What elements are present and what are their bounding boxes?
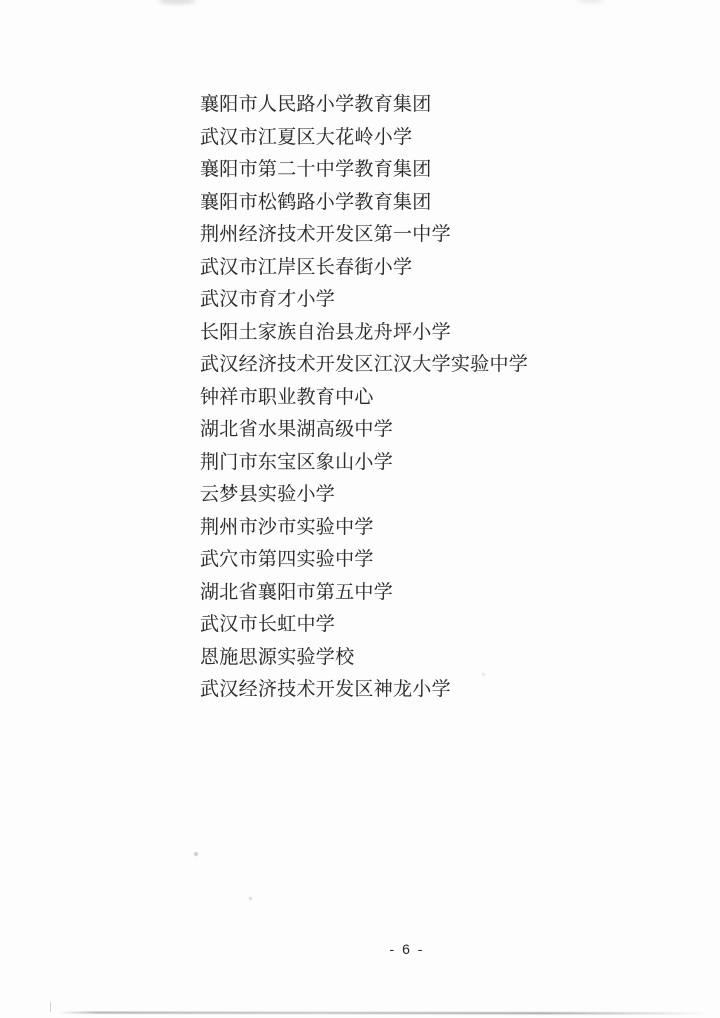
school-list: 襄阳市人民路小学教育集团 武汉市江夏区大花岭小学 襄阳市第二十中学教育集团 襄阳… bbox=[200, 89, 528, 707]
school-name: 恩施思源实验学校 bbox=[200, 642, 528, 675]
school-name: 钟祥市职业教育中心 bbox=[200, 382, 528, 415]
school-name: 武穴市第四实验中学 bbox=[200, 544, 528, 577]
school-name: 武汉市长虹中学 bbox=[200, 609, 528, 642]
scan-speck bbox=[194, 852, 198, 856]
school-name: 荆门市东宝区象山小学 bbox=[200, 447, 528, 480]
scan-smudge bbox=[158, 0, 196, 4]
school-name: 长阳土家族自治县龙舟坪小学 bbox=[200, 317, 528, 350]
school-name: 襄阳市松鹤路小学教育集团 bbox=[200, 187, 528, 220]
page-number: - 6 - bbox=[390, 941, 425, 957]
school-name: 武汉经济技术开发区江汉大学实验中学 bbox=[200, 349, 528, 382]
scan-smudge bbox=[578, 0, 604, 3]
school-name: 襄阳市第二十中学教育集团 bbox=[200, 154, 528, 187]
scan-edge-tick bbox=[50, 1002, 51, 1012]
scanned-document-page: 襄阳市人民路小学教育集团 武汉市江夏区大花岭小学 襄阳市第二十中学教育集团 襄阳… bbox=[0, 0, 720, 1018]
school-name: 湖北省襄阳市第五中学 bbox=[200, 577, 528, 610]
school-name: 武汉市育才小学 bbox=[200, 284, 528, 317]
school-name: 武汉市江岸区长春街小学 bbox=[200, 252, 528, 285]
school-name: 云梦县实验小学 bbox=[200, 479, 528, 512]
school-name: 荆州经济技术开发区第一中学 bbox=[200, 219, 528, 252]
school-name: 武汉市江夏区大花岭小学 bbox=[200, 122, 528, 155]
scan-speck bbox=[482, 673, 485, 676]
scan-speck bbox=[249, 897, 252, 900]
school-name: 湖北省水果湖高级中学 bbox=[200, 414, 528, 447]
school-name: 襄阳市人民路小学教育集团 bbox=[200, 89, 528, 122]
school-name: 武汉经济技术开发区神龙小学 bbox=[200, 674, 528, 707]
school-name: 荆州市沙市实验中学 bbox=[200, 512, 528, 545]
page-bottom-shadow bbox=[58, 1012, 710, 1015]
